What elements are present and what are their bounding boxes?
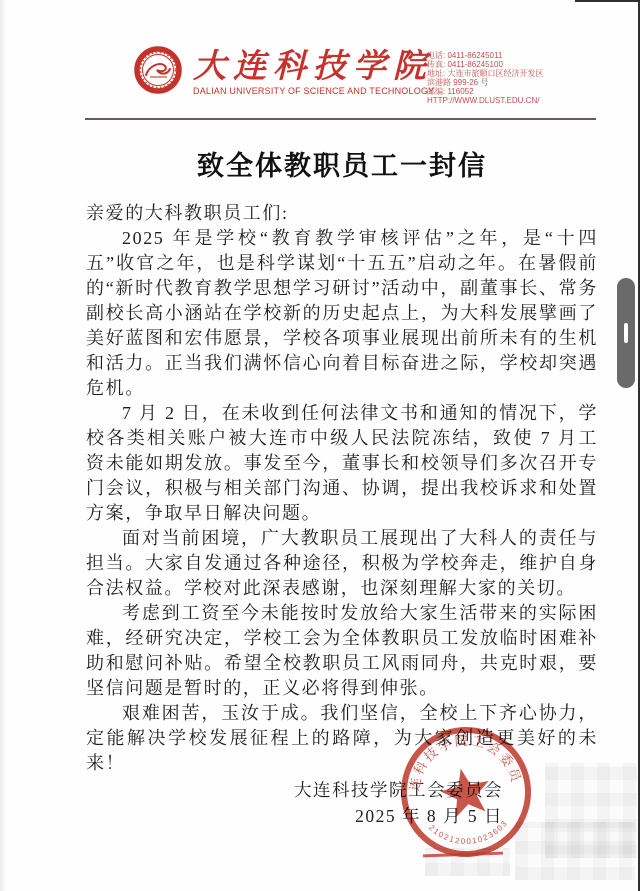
paragraph-5: 艰难困苦，玉汝于成。我们坚信，全校上下齐心协力，定能解决学校发展征程上的路障，为… (86, 701, 598, 776)
redaction-mosaic (515, 822, 635, 880)
page-edge-border-top (575, 0, 640, 2)
signature-block: 大连科技学院工会委员会 2025 年 8 月 5 日 (86, 778, 598, 828)
paragraph-2: 7 月 2 日，在未收到任何法律文书和通知的情况下，学校各类相关账户被大连市中级… (86, 401, 598, 526)
letter-body: 致全体教职员工一封信 亲爱的大科教职员工们: 2025 年是学校“教育教学审核评… (0, 0, 640, 828)
signature-date: 2025 年 8 月 5 日 (86, 804, 503, 828)
scrollbar-grip-icon (624, 323, 628, 343)
signature-org: 大连科技学院工会委员会 (86, 778, 503, 802)
paragraph-3: 面对当前困境，广大教职员工展现出了大科人的责任与担当。大家自发通过各种途径，积极… (86, 526, 598, 601)
paragraph-4: 考虑到工资至今未能按时发放给大家生活带来的实际困难，经研究决定，学校工会为全体教… (86, 601, 598, 701)
scrollbar-thumb[interactable] (617, 278, 635, 388)
paragraph-1: 2025 年是学校“教育教学审核评估”之年，是“十四五”收官之年，也是科学谋划“… (86, 226, 598, 401)
page-edge-shadow (0, 0, 6, 891)
letter-title: 致全体教职员工一封信 (86, 148, 598, 184)
salutation: 亲爱的大科教职员工们: (86, 201, 598, 226)
letter-page: 大连科技学院 DALIAN UNIVERSITY OF SCIENCE AND … (0, 0, 640, 891)
